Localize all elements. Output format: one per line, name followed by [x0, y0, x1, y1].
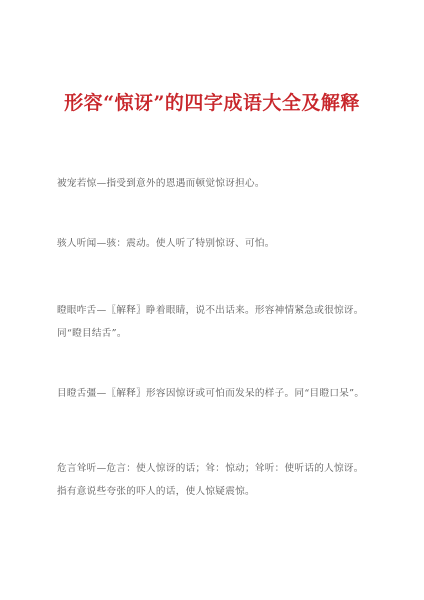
idiom-entry-5: 危言耸听—危言：使人惊讶的话；耸：惊动；耸听：使听话的人惊讶。 指有意说些夸张的… [57, 457, 387, 503]
idiom-entry-4: 目瞪舌彊—〖解释〗形容因惊讶或可怕而发呆的样子。同“目瞪口呆”。 [57, 382, 387, 405]
idiom-entry-2: 骇人听闻—骇：震动。使人听了特别惊讶、可怕。 [57, 232, 387, 255]
entry-text: 骇人听闻—骇：震动。使人听了特别惊讶、可怕。 [57, 232, 387, 255]
entry-text: 危言耸听—危言：使人惊讶的话；耸：惊动；耸听：使听话的人惊讶。 [57, 457, 387, 480]
document-page: 形容“惊讶”的四字成语大全及解释 被宠若惊—指受到意外的恩遇而顿觉惊讶担心。 骇… [0, 0, 424, 600]
idiom-entry-1: 被宠若惊—指受到意外的恩遇而顿觉惊讶担心。 [57, 172, 387, 195]
entry-text-continued: 指有意说些夸张的吓人的话，使人惊疑震惊。 [57, 480, 387, 503]
entry-text: 瞪眼咋舌—〖解释〗睁着眼睛，说不出话来。形容神情紧急或很惊讶。 [57, 299, 387, 322]
entry-text-continued: 同“瞪目结舌”。 [57, 322, 387, 345]
entry-text: 被宠若惊—指受到意外的恩遇而顿觉惊讶担心。 [57, 172, 387, 195]
idiom-entry-3: 瞪眼咋舌—〖解释〗睁着眼睛，说不出话来。形容神情紧急或很惊讶。 同“瞪目结舌”。 [57, 299, 387, 345]
document-title: 形容“惊讶”的四字成语大全及解释 [0, 91, 424, 115]
entry-text: 目瞪舌彊—〖解释〗形容因惊讶或可怕而发呆的样子。同“目瞪口呆”。 [57, 382, 387, 405]
